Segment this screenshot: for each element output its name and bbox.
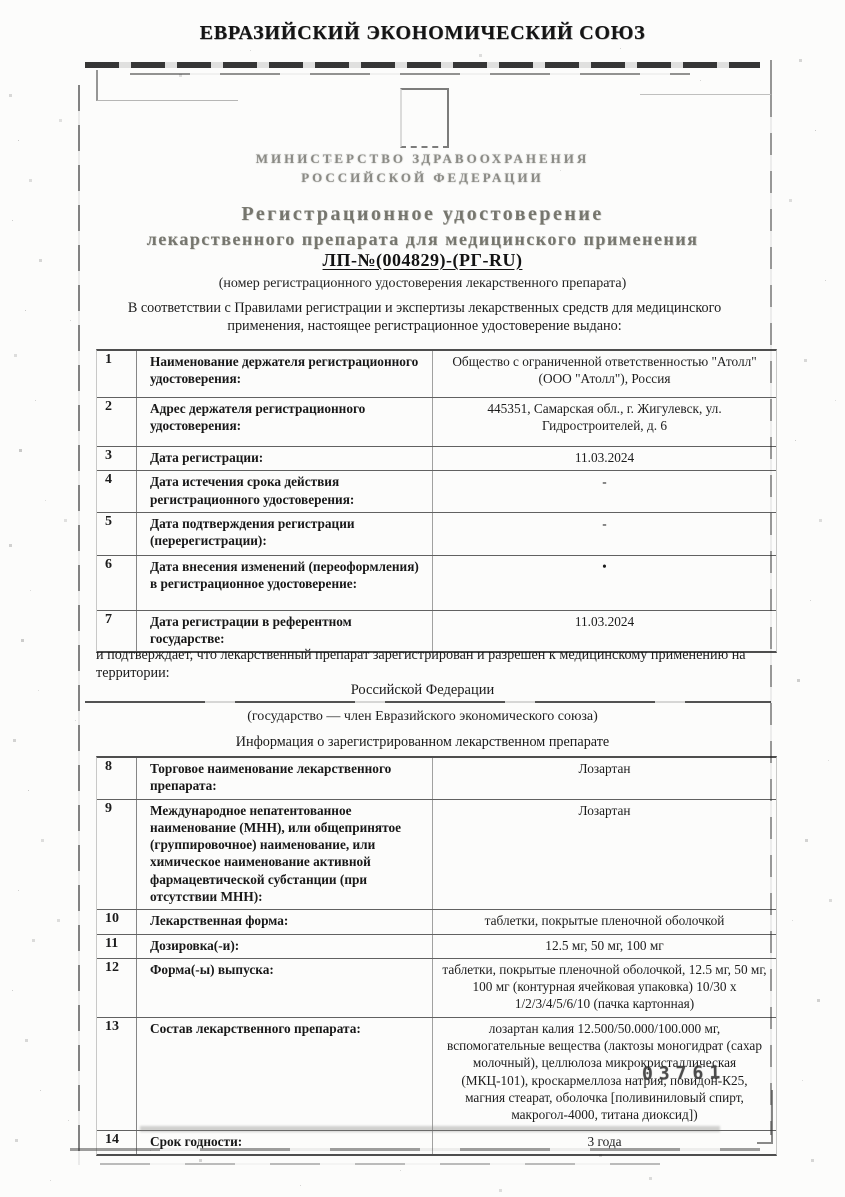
certificate-page: ЕВРАЗИЙСКИЙ ЭКОНОМИЧЕСКИЙ СОЮЗ МИНИСТЕРС… — [0, 0, 845, 1197]
row-label: Лекарственная форма: — [137, 910, 432, 933]
row-number: 10 — [97, 910, 137, 933]
row-value: 11.03.2024 — [432, 447, 776, 470]
frame-corner-top-right — [640, 60, 772, 95]
row-number: 5 — [97, 513, 137, 555]
row-value: Лозартан — [432, 758, 776, 799]
row-label: Наименование держателя регистрационного … — [137, 351, 432, 397]
table-row: 5 Дата подтверждения регистрации (перере… — [97, 512, 776, 555]
table-row: 8 Торговое наименование лекарственного п… — [97, 758, 776, 799]
row-number: 6 — [97, 556, 137, 610]
row-label: Дата внесения изменений (переоформления)… — [137, 556, 432, 610]
product-info-title: Информация о зарегистрированном лекарств… — [0, 734, 845, 751]
row-label: Дозировка(-и): — [137, 935, 432, 958]
table-row: 6 Дата внесения изменений (переоформлени… — [97, 555, 776, 610]
intro-paragraph: В соответствии с Правилами регистрации и… — [102, 300, 747, 336]
table-row: 10 Лекарственная форма: таблетки, покрыт… — [97, 909, 776, 933]
scan-smudge — [140, 1126, 720, 1132]
row-value: • — [432, 556, 776, 610]
row-label: Дата истечения срока действия регистраци… — [137, 471, 432, 512]
table-row: 9 Международное непатентованное наименов… — [97, 799, 776, 910]
eaeu-title: ЕВРАЗИЙСКИЙ ЭКОНОМИЧЕСКИЙ СОЮЗ — [0, 22, 845, 45]
row-label: Международное непатентованное наименован… — [137, 800, 432, 910]
scan-smudge — [100, 1163, 660, 1165]
holder-table: 1 Наименование держателя регистрационног… — [96, 349, 777, 653]
scan-bracket-artifact — [757, 1090, 773, 1144]
row-value: таблетки, покрытые пленочной оболочкой, … — [432, 959, 776, 1017]
table-row: 4 Дата истечения срока действия регистра… — [97, 470, 776, 512]
row-number: 11 — [97, 935, 137, 958]
emblem-placeholder — [400, 88, 449, 148]
row-value: Общество с ограниченной ответственностью… — [432, 351, 776, 397]
row-label: Адрес держателя регистрационного удостов… — [137, 398, 432, 446]
row-number: 13 — [97, 1018, 137, 1130]
row-label: Состав лекарственного препарата: — [137, 1018, 432, 1130]
row-value: таблетки, покрытые пленочной оболочкой — [432, 910, 776, 933]
ministry-header: МИНИСТЕРСТВО ЗДРАВООХРАНЕНИЯ РОССИЙСКОЙ … — [0, 150, 845, 188]
row-number: 2 — [97, 398, 137, 446]
row-number: 3 — [97, 447, 137, 470]
row-value: Лозартан — [432, 800, 776, 910]
territory-name: Российской Федерации — [0, 682, 845, 699]
row-value: 445351, Самарская обл., г. Жигулевск, ул… — [432, 398, 776, 446]
scan-noise — [0, 0, 1, 1]
ministry-line2: РОССИЙСКОЙ ФЕДЕРАЦИИ — [0, 169, 845, 188]
row-number: 9 — [97, 800, 137, 910]
row-label: Дата регистрации: — [137, 447, 432, 470]
row-value: - — [432, 471, 776, 512]
certificate-title-line2: лекарственного препарата для медицинског… — [0, 229, 845, 250]
table-row: 3 Дата регистрации: 11.03.2024 — [97, 446, 776, 470]
row-number: 4 — [97, 471, 137, 512]
registration-number-caption: (номер регистрационного удостоверения ле… — [0, 276, 845, 292]
territory-underline — [85, 701, 771, 703]
frame-corner-top-left — [96, 70, 238, 101]
row-number: 1 — [97, 351, 137, 397]
row-label: Форма(-ы) выпуска: — [137, 959, 432, 1017]
table-row: 2 Адрес держателя регистрационного удост… — [97, 397, 776, 446]
table-row: 1 Наименование держателя регистрационног… — [97, 351, 776, 397]
row-value: - — [432, 513, 776, 555]
row-number: 12 — [97, 959, 137, 1017]
row-label: Дата подтверждения регистрации (перереги… — [137, 513, 432, 555]
registration-number: ЛП-№(004829)-(РГ-RU) — [0, 250, 845, 271]
row-number: 8 — [97, 758, 137, 799]
certificate-title-line1: Регистрационное удостоверение — [0, 203, 845, 226]
product-table: 8 Торговое наименование лекарственного п… — [96, 756, 777, 1156]
table-row: 12 Форма(-ы) выпуска: таблетки, покрытые… — [97, 958, 776, 1017]
scan-smudge — [70, 1148, 760, 1151]
row-value: 12.5 мг, 50 мг, 100 мг — [432, 935, 776, 958]
row-label: Торговое наименование лекарственного пре… — [137, 758, 432, 799]
confirmation-paragraph: и подтверждает, что лекарственный препар… — [96, 646, 774, 683]
ministry-line1: МИНИСТЕРСТВО ЗДРАВООХРАНЕНИЯ — [0, 150, 845, 169]
table-row: 11 Дозировка(-и): 12.5 мг, 50 мг, 100 мг — [97, 934, 776, 958]
territory-caption: (государство — член Евразийского экономи… — [0, 709, 845, 725]
stamp-number: 03761 — [642, 1062, 727, 1084]
